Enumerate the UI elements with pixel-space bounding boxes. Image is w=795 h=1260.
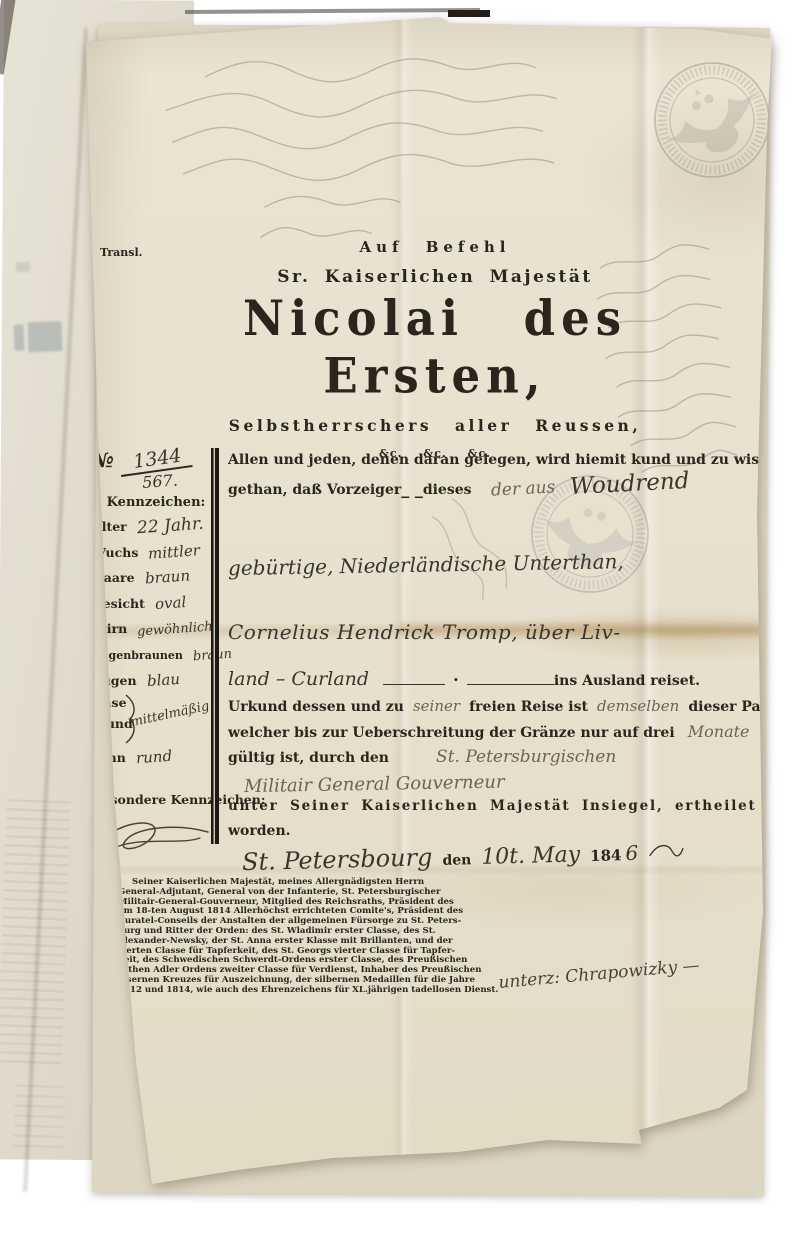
characteristics-heading: Kennzeichen: <box>100 495 212 510</box>
issuer-titles-block: Seiner Kaiserlichen Majestät, meines All… <box>118 878 530 996</box>
nose-mouth-group: Nase Mund mittelmäßig <box>92 695 212 745</box>
row-value: braun <box>144 567 190 588</box>
route-line: land – Curland · ins Ausland reiset. <box>228 668 700 690</box>
characteristic-row: Augenbraunen braun <box>92 644 212 670</box>
body-line: Urkund dessen und zu seiner freien Reise… <box>228 696 700 715</box>
row-label: Stirn <box>92 621 127 636</box>
characteristic-row: Haare braun <box>92 567 212 593</box>
body-line: worden. <box>228 823 700 839</box>
number-numerator: 1344 <box>118 443 193 477</box>
issuer-line: 1812 und 1814, wie auch des Ehrenzeichen… <box>118 986 530 996</box>
number-denominator: 567. <box>141 471 178 492</box>
characteristics-column: № 1344 567. Kennzeichen: Alter 22 Jahr. … <box>92 448 212 866</box>
print-fragment: welcher bis zur Ueberschreitung der Grän… <box>228 725 675 741</box>
handwritten-authority-title: Militair General Gouverneur <box>244 768 716 797</box>
chin-label: Kinn <box>92 750 126 765</box>
year-flourish <box>648 841 684 860</box>
date-line: St. Petersbourg den 10t. May 184 6 <box>242 836 715 876</box>
handwritten-authority-city: St. Petersburgischen <box>436 747 616 767</box>
body-line: welcher bis zur Ueberschreitung der Grän… <box>228 722 700 741</box>
handwritten-fragment: der aus <box>490 477 555 500</box>
handwritten-origin-town: Woudrend <box>569 468 690 500</box>
handwritten-route: land – Curland <box>228 668 369 690</box>
characteristic-row: Gesicht oval <box>92 593 212 619</box>
body-line: gültig ist, durch den St. Petersburgisch… <box>228 747 700 767</box>
body-line: unter Seiner Kaiserlichen Majestät Insie… <box>228 798 700 814</box>
body-line: gethan, daß Vorzeiger_ _dieses der aus W… <box>228 474 700 500</box>
column-divider-rule <box>211 448 219 844</box>
passport-text-body: Allen und jeden, denen daran gelegen, wi… <box>228 12 700 1197</box>
characteristic-row: Alter 22 Jahr. <box>92 516 212 542</box>
row-label: Augenbraunen <box>92 649 183 662</box>
handwritten-year-digit: 6 <box>625 841 638 865</box>
handwritten-fragment: seiner <box>413 697 460 715</box>
print-fragment: dieser Paß, <box>688 699 776 715</box>
special-marks-flourish <box>92 812 217 862</box>
print-fragment: Urkund dessen und zu <box>228 699 404 715</box>
photographed-document: Transl. Auf Befehl Sr. Kaiserlichen Maje… <box>0 0 795 1260</box>
bleedthrough-print-marks <box>9 321 62 353</box>
row-value: mittler <box>148 541 201 563</box>
passport-number: № 1344 567. <box>92 448 212 491</box>
chin-value: rund <box>135 747 172 767</box>
special-marks: Besondere Kennzeichen: <box>92 789 212 808</box>
numero-symbol: № <box>92 448 114 472</box>
passport-sheet: Transl. Auf Befehl Sr. Kaiserlichen Maje… <box>78 12 778 1197</box>
print-fragment: gültig ist, durch den <box>228 750 389 766</box>
print-den: den <box>442 852 471 869</box>
bleedthrough-print-marks-small <box>16 256 34 275</box>
fill-in-gap-marks: _ _ <box>401 479 423 498</box>
characteristic-row: Stirn gewöhnlich <box>92 618 212 644</box>
bleedthrough-text-column <box>13 1084 65 1156</box>
row-label: Gesicht <box>92 596 145 611</box>
print-travel-clause: ins Ausland reiset. <box>554 673 700 689</box>
body-line: Allen und jeden, denen daran gelegen, wi… <box>228 452 700 468</box>
print-year: 184 <box>590 846 622 865</box>
row-value: oval <box>154 593 186 613</box>
handwritten-bearer-name: Cornelius Hendrick Tromp, über Liv- <box>228 620 700 644</box>
row-label: Alter <box>92 519 127 534</box>
row-label: Wuchs <box>92 545 138 560</box>
row-label: Augen <box>92 673 137 688</box>
handwritten-place: St. Petersbourg <box>242 843 433 876</box>
print-fragment: gethan, daß Vorzeiger <box>228 482 401 498</box>
characteristic-row: Kinn rund <box>92 747 212 773</box>
print-fragment: freien Reise ist <box>469 699 588 715</box>
handwritten-validity: Monate <box>688 722 750 741</box>
row-value: 22 Jahr. <box>136 514 204 539</box>
print-fragment: dieses <box>423 482 472 498</box>
handwritten-fragment: demselben <box>597 697 679 715</box>
dot-separator: · <box>453 670 459 689</box>
characteristic-row: Wuchs mittler <box>92 542 212 568</box>
row-value: gewöhnlich <box>137 620 214 640</box>
rule-dash <box>383 683 445 685</box>
row-label: Haare <box>92 570 135 585</box>
rule-dash <box>467 683 554 685</box>
handwritten-date: 10t. May <box>481 842 581 870</box>
row-value: blau <box>146 669 180 689</box>
characteristic-row: Augen blau <box>92 670 212 696</box>
handwritten-nationality: gebürtige, Niederländische Unterthan, <box>228 548 700 580</box>
